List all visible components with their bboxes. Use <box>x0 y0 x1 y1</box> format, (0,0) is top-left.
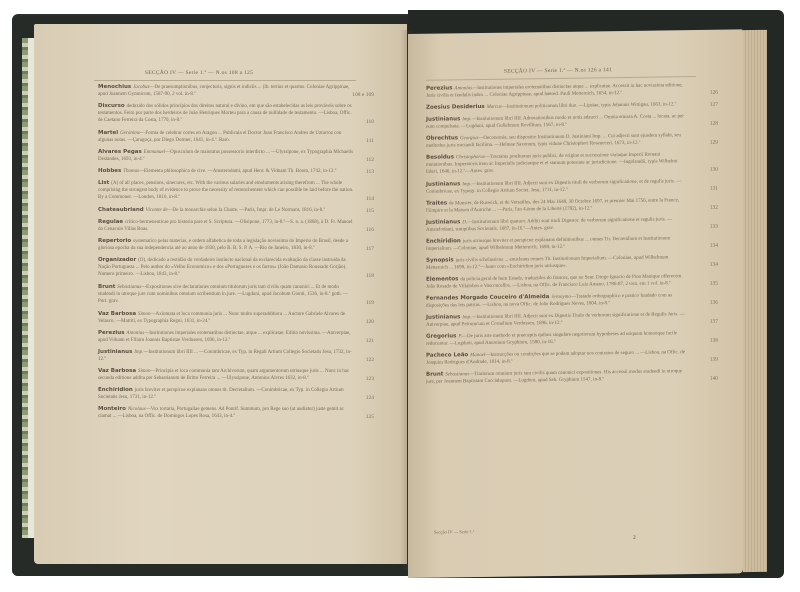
catalogue-entry: Brunt Sebastianus—Expositiones sive decl… <box>98 284 356 306</box>
entry-heading: Traites <box>426 200 449 206</box>
entry-author: Imp. <box>462 117 471 122</box>
catalogue-entry: Enchiridion juris utriusque breviter et … <box>426 235 688 253</box>
catalogue-entry: Alvares Pegas Emmanuel—Opusculum de maio… <box>98 149 356 163</box>
catalogue-entry: Brunt Sebastianus—Titulorum omnium juris… <box>426 368 688 386</box>
catalogue-entry: Justinianus Imp.—Institutionum libri III… <box>426 113 688 131</box>
entry-number: 140 <box>678 376 718 383</box>
catalogue-entry: Synopsis juris civilis scholasticus ... … <box>426 254 688 272</box>
entry-number: 129 <box>678 140 718 147</box>
entry-number: 128 <box>678 121 718 128</box>
entry-heading: List <box>98 180 111 186</box>
catalogue-entry: Pacheco Leão Manoel—Instrucções ou condi… <box>426 349 688 367</box>
entry-heading: Menochius <box>98 84 133 90</box>
entry-author: Imp. <box>134 350 143 355</box>
entry-author: Georgius <box>460 136 478 141</box>
entry-number: 131 <box>678 186 718 193</box>
entry-number: 127 <box>678 102 718 109</box>
entry-heading: Justinianus <box>98 349 134 355</box>
catalogue-entry: Elementos da policia geral de hum Estado… <box>426 273 688 291</box>
entry-number: 134 <box>678 243 718 250</box>
entry-heading: Justinianus <box>426 181 462 188</box>
entry-heading: Zoesius Desiderius <box>426 104 487 111</box>
entry-number: 112 <box>334 157 374 163</box>
catalogue-entry: Monteiro Nicolaus—Vox tortaria, Portugal… <box>98 406 356 420</box>
entry-number: 132 <box>678 205 718 212</box>
entry-text: critico-hermeneuticae pro historia pare … <box>98 220 353 232</box>
entry-heading: Hobbes <box>98 168 123 174</box>
entry-author: Sebastianus <box>117 285 141 290</box>
catalogue-entry: Perezius Antonius—Institutiones imperial… <box>98 330 356 344</box>
catalogue-entry: Gregorius P.—De juris arte methodo et pr… <box>426 330 688 348</box>
catalogue-entry: Justinianus Imp.—Institutionum libri III… <box>426 311 688 329</box>
entry-number: 111 <box>334 138 374 144</box>
entry-author: Emmanuel <box>144 150 165 155</box>
entry-heading: Besoldus <box>426 154 456 160</box>
entry-number: 136 <box>678 300 718 307</box>
entry-author: Sebastianus <box>445 372 469 377</box>
entry-number: 120 <box>334 319 374 325</box>
entry-text: deduzido dos sólidos princípios dos dire… <box>98 104 352 123</box>
entry-number: 113 <box>334 169 374 175</box>
entry-author: Marcus <box>487 105 502 110</box>
header-rule <box>426 76 696 81</box>
entry-number: 133 <box>678 224 718 231</box>
entry-author: Manoel <box>470 353 485 358</box>
entry-author: Thomas <box>123 169 139 174</box>
entry-author: Imp. <box>462 315 471 320</box>
entry-heading: Monteiro <box>98 406 128 412</box>
catalogue-entry: Hobbes Thomas—Elementa philosophica de c… <box>98 168 356 175</box>
entry-heading: Perezius <box>98 330 126 336</box>
entry-heading: Justinianus <box>426 116 462 123</box>
catalogue-entry: Perezius Antonius—Institutiones imperial… <box>426 82 688 100</box>
catalogue-entry: Organizador (O), dedicado a restidão do … <box>98 257 356 279</box>
entry-heading: Perezius <box>426 85 454 91</box>
entry-heading: Vaz Barbosa <box>98 368 138 374</box>
entry-number: 110 <box>334 119 374 125</box>
entry-number: 122 <box>334 357 374 363</box>
entry-heading: Regulae <box>98 219 125 225</box>
catalogue-entry: Fernandes Morgado Couceiro d'Almeida Jer… <box>426 292 688 310</box>
entry-number: 135 <box>678 281 718 288</box>
entry-number: 125 <box>334 414 374 420</box>
catalogue-entry: Justinianus Imp.—Institutionum libri III… <box>98 349 356 363</box>
entry-heading: Chateaubriand <box>98 207 146 213</box>
entry-number: 139 <box>678 357 718 364</box>
entry-heading: Enchiridion <box>98 387 135 393</box>
entry-text: da policia geral de hum Estado, traduzid… <box>426 274 681 290</box>
entry-text: juris civilis scholasticus ... enucleans… <box>426 255 668 271</box>
entry-author: Vicomte de <box>146 208 168 213</box>
entry-number: 115 <box>334 208 374 214</box>
entry-number: 108 e 109 <box>334 92 374 98</box>
entry-number: 114 <box>334 196 374 202</box>
entry-author: Gerónimo <box>120 131 140 136</box>
entry-heading: Alvares Pegas <box>98 149 144 155</box>
entry-heading: Brunt <box>98 284 117 290</box>
entry-number: 117 <box>334 246 374 252</box>
entry-heading: Martel <box>98 130 120 136</box>
entry-number: 118 <box>334 273 374 279</box>
catalogue-entry: Chateaubriand Vicomte de—De la monarchie… <box>98 207 356 214</box>
entry-heading: Enchiridion <box>426 238 463 245</box>
entry-text: juris breviter et perspicue explanans om… <box>98 388 344 400</box>
entry-author: Imp. <box>462 182 471 187</box>
catalogue-entry: Martel Gerónimo—Forma de celebrar cortes… <box>98 130 356 144</box>
signature-mark: 2 <box>633 535 636 541</box>
catalogue-entry: Justinianus Imp.—Institutionum libri III… <box>426 178 688 196</box>
entry-heading: Discurso <box>98 103 127 109</box>
entry-author: Jacobus <box>133 85 149 90</box>
footer-signature: Secção IV — Serie 1.ª <box>434 529 474 535</box>
entry-heading: Elementos <box>426 276 460 282</box>
entry-text: systematico pelas materias, e ordem alfa… <box>98 239 348 251</box>
entry-author: Jeronymo <box>551 295 571 300</box>
entry-number: 126 <box>678 90 718 97</box>
entry-number: 123 <box>334 376 374 382</box>
entry-heading: Fernandes Morgado Couceiro d'Almeida <box>426 294 551 302</box>
entry-text: de Munster, de Ruswick, et de Versailles… <box>426 198 679 214</box>
entry-number: 121 <box>334 338 374 344</box>
catalogue-entry: Justinianus D.—Institutionum libri quatu… <box>426 216 688 234</box>
right-page: SECÇÃO IV — Serie 1.ª — N.os 126 a 141 P… <box>408 29 743 578</box>
entry-heading: Gregorius <box>426 333 458 339</box>
entry-number: 124 <box>334 395 374 401</box>
entry-author: Simon <box>138 369 151 374</box>
running-head-left: SECÇÃO IV — Serie 1.ª — N.os 108 a 125 <box>34 70 364 76</box>
entry-heading: Synopsis <box>426 257 456 263</box>
catalogue-entry: Zoesius Desiderius Marcus—Institutionum … <box>426 101 688 112</box>
entry-heading: Justinianus <box>426 219 462 226</box>
catalogue-entry: List (A) of all places, pensions, sinecu… <box>98 180 356 202</box>
catalogue-entry: Enchiridion juris breviter et perspicue … <box>98 387 356 401</box>
catalogue-entry: Vaz Barbosa Simon—Principia et loca comm… <box>98 368 356 382</box>
right-page-edges <box>743 30 767 572</box>
entry-heading: Justinianus <box>426 314 462 321</box>
entry-author: Christophorus <box>456 155 485 160</box>
entry-number: 116 <box>334 227 374 233</box>
entry-author: Antonius <box>454 86 472 91</box>
entry-number: 138 <box>678 338 718 345</box>
entry-author: Simon <box>138 312 151 317</box>
entry-text: —Elementa philosophica de cive. —Amstero… <box>139 169 336 174</box>
entry-author: Antonius <box>126 331 144 336</box>
entry-text: —De juris arte methodo et praeceptis qui… <box>426 331 677 347</box>
catalogue-entry: Regulae critico-hermeneuticae pro histor… <box>98 219 356 233</box>
catalogue-entry: Discurso deduzido dos sólidos princípios… <box>98 103 356 125</box>
entry-heading: Pacheco Leão <box>426 352 470 359</box>
entry-heading: Vaz Barbosa <box>98 311 138 317</box>
entry-text: —Institutionum politicarum libri duo. —L… <box>502 102 677 109</box>
entry-number: 119 <box>334 300 374 306</box>
entry-number: 137 <box>678 319 718 326</box>
catalogue-entry: Vaz Barbosa Simon—Axiomata et loca commu… <box>98 311 356 325</box>
entry-number: 130 <box>678 167 718 174</box>
entry-text: (A) of all places, pensions, sinecures, … <box>98 181 353 200</box>
catalogue-entry: Traites de Munster, de Ruswick, et de Ve… <box>426 197 688 215</box>
header-rule <box>94 80 356 81</box>
catalogue-entry: Besoldus Christophorus—Tractatus posthum… <box>426 151 688 176</box>
entry-text: juris utriusque breviter et perspicue ex… <box>426 236 670 252</box>
entry-heading: Repertorio <box>98 238 133 244</box>
entry-text: —De la monarchie selon la Charte. —Paris… <box>168 208 325 213</box>
catalogue-entry: Repertorio systematico pelas materias, e… <box>98 238 356 252</box>
entry-author: Nicolaus <box>128 407 146 412</box>
left-page: SECÇÃO IV — Serie 1.ª — N.os 108 a 125 M… <box>34 24 407 564</box>
entry-heading: Obrechtus <box>426 135 460 141</box>
catalogue-entry: Menochius Jacobus—De praesumptionibus, c… <box>98 84 356 98</box>
entry-heading: Organizador <box>98 257 138 263</box>
catalogue-entry: Obrechtus Georgius—Oeconomia, seu dispos… <box>426 132 688 150</box>
entry-number: 134 <box>678 262 718 269</box>
running-head-right: SECÇÃO IV — Serie 1.ª — N.os 126 a 141 <box>408 66 708 76</box>
entry-heading: Brunt <box>426 371 445 377</box>
